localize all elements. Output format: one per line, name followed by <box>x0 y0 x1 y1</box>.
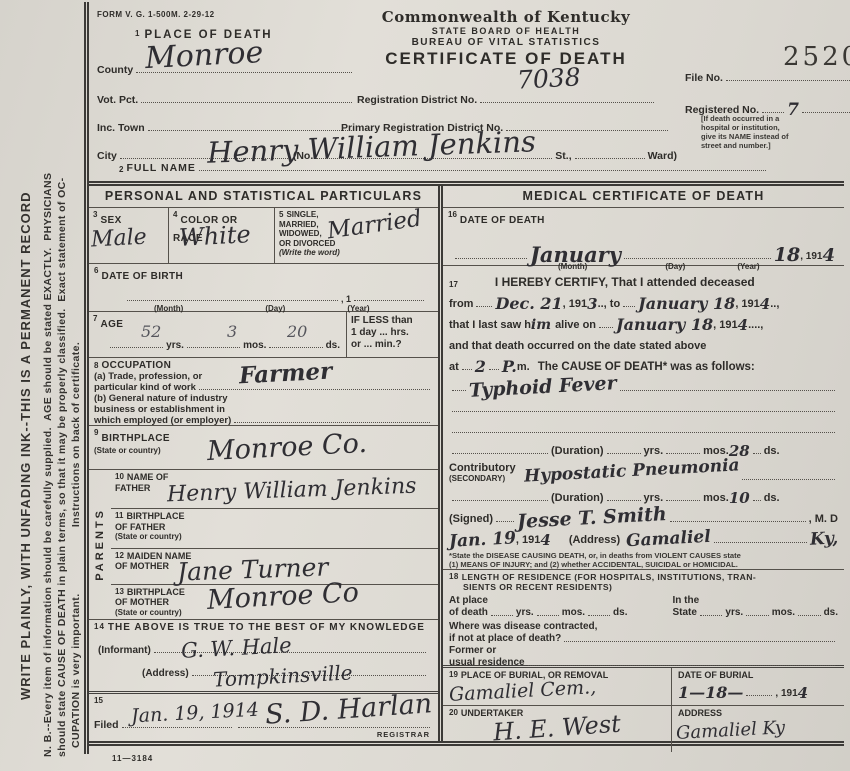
last-saw-date-handwritten: January 18 <box>616 315 713 334</box>
race-field: 4COLOR OR RACE White <box>169 208 275 263</box>
duration-secondary-line: (Duration) yrs. mos. 10 ds. <box>449 483 838 504</box>
section-number-1: 1 <box>135 29 141 38</box>
date-of-birth-field: 6DATE OF BIRTH , 1 (Month) (Day) (Year) <box>89 264 438 312</box>
file-no-field: File No. <box>685 72 850 84</box>
age-field: 7AGE yrs. mos. ds. 52 3 20 <box>89 312 346 357</box>
age-days-handwritten: 20 <box>287 322 307 341</box>
left-column-title: PERSONAL AND STATISTICAL PARTICULARS <box>89 186 438 208</box>
last-saw-alive-line: that I last saw h im alive on January 18… <box>449 310 838 331</box>
margin-line-occupation: CUPATION is very important. Instructions… <box>70 342 82 748</box>
occupation-field: 8OCCUPATION (a) Trade, profession, or pa… <box>89 358 438 426</box>
registration-district-value-handwritten: 7038 <box>516 62 581 94</box>
margin-line-nb: N. B.--Every item of information should … <box>42 173 54 757</box>
death-time-handwritten: 2 <box>475 357 486 376</box>
race-value-handwritten: White <box>178 220 251 252</box>
certificate-header: FORM V. G. 1-500M. 2-29-12 1PLACE OF DEA… <box>89 2 844 186</box>
certificate-title: CERTIFICATE OF DEATH <box>351 49 661 69</box>
hospital-note: [If death occurred in a hospital or inst… <box>701 114 850 150</box>
duration-primary-line: (Duration) yrs. mos. 28 ds. <box>449 436 838 457</box>
burial-row: 19PLACE OF BURIAL, OR REMOVAL Gamaliel C… <box>443 668 844 706</box>
death-ampm-handwritten: P. <box>502 357 517 376</box>
sex-value-handwritten: Male <box>90 225 147 253</box>
age-months-handwritten: 3 <box>227 322 237 341</box>
signature-address-handwritten: Gamaliel <box>626 527 712 551</box>
mother-birthplace-field: 13BIRTHPLACE OF MOTHER (State or country… <box>111 585 438 620</box>
death-year-handwritten: 4 <box>822 245 835 266</box>
right-column-title: MEDICAL CERTIFICATE OF DEATH <box>443 186 844 208</box>
parents-section: PARENTS 10NAME OF FATHER Henry William J… <box>89 470 438 620</box>
informant-section: 14THE ABOVE IS TRUE TO THE BEST OF MY KN… <box>89 620 438 694</box>
sex-field: 3SEX Male <box>89 208 169 263</box>
parents-vertical-label: PARENTS <box>89 470 111 619</box>
place-of-burial-field: 19PLACE OF BURIAL, OR REMOVAL Gamaliel C… <box>443 668 672 705</box>
registration-district-field: Registration District No. <box>357 94 657 106</box>
margin-line-permanent-record: WRITE PLAINLY, WITH UNFADING INK--THIS I… <box>18 192 33 701</box>
certify-statement: I HEREBY CERTIFY, That I attended deceas… <box>495 275 755 289</box>
signature-state-handwritten: Ky, <box>809 528 838 549</box>
signed-line: (Signed) Jesse T. Smith , M. D <box>449 504 838 525</box>
father-name-field: 10NAME OF FATHER Henry William Jenkins <box>111 470 438 509</box>
duration-secondary-days-handwritten: 10 <box>729 489 750 507</box>
informant-address-handwritten: Tompkinsville <box>212 660 353 691</box>
date-of-death-field: 16DATE OF DEATH January 18 , 191 4 (Mont… <box>443 208 844 266</box>
age-years-handwritten: 52 <box>141 322 161 341</box>
registrar-label: REGISTRAR <box>377 730 430 739</box>
place-of-burial-handwritten: Gamaliel Cem., <box>449 676 597 706</box>
state-board-heading: STATE BOARD OF HEALTH <box>351 26 661 36</box>
attended-from-line: from Dec. 21 , 191 3 .., to January 18 ,… <box>449 289 838 310</box>
signature-date-address-line: Jan. 19 , 191 4 (Address) Gamaliel Ky, <box>449 525 838 546</box>
if-less-than-day-note: IF LESS than 1 day ... hrs. or ... min.? <box>346 312 438 357</box>
mother-maiden-name-field: 12MAIDEN NAME OF MOTHER Jane Turner <box>111 549 438 585</box>
death-day-handwritten: 18 <box>774 244 800 266</box>
commonwealth-heading: Commonwealth of Kentucky <box>351 8 661 26</box>
sex-race-marital-row: 3SEX Male 4COLOR OR RACE White 5SINGLE, … <box>89 208 438 264</box>
cause-of-death-line: Typhoid Fever <box>449 373 838 394</box>
margin-line-cause: should state CAUSE OF DEATH in plain ter… <box>56 177 68 757</box>
county-value-handwritten: Monroe <box>144 35 264 76</box>
length-of-residence-section: 18LENGTH OF RESIDENCE (FOR HOSPITALS, IN… <box>443 570 844 668</box>
personal-particulars-column: PERSONAL AND STATISTICAL PARTICULARS 3SE… <box>89 186 443 741</box>
marital-status-field: 5SINGLE, MARRIED, WIDOWED, OR DIVORCED (… <box>275 208 438 263</box>
signature-date-handwritten: Jan. 19 <box>449 528 517 551</box>
voting-precinct-field: Vot. Pct. <box>97 94 355 106</box>
certificate-body: PERSONAL AND STATISTICAL PARTICULARS 3SE… <box>89 186 844 746</box>
certificate-form: FORM V. G. 1-500M. 2-29-12 1PLACE OF DEA… <box>84 2 844 754</box>
filed-section: 15 Filed Jan. 19, 1914 S. D. Harlan REGI… <box>89 694 438 746</box>
cause-intro-line: at 2 P. m. The CAUSE OF DEATH* was as fo… <box>449 352 838 373</box>
file-no-value: 2520 <box>783 42 850 72</box>
bureau-heading: BUREAU OF VITAL STATISTICS <box>351 37 661 48</box>
attended-from-date-handwritten: Dec. 21 <box>495 294 562 313</box>
birthplace-field: 9BIRTHPLACE (State or country) Monroe Co… <box>89 426 438 470</box>
informant-value-handwritten: G. W. Hale <box>180 633 292 663</box>
age-row: 7AGE yrs. mos. ds. 52 3 20 IF LESS than … <box>89 312 438 358</box>
violent-causes-footnote: *State the DISEASE CAUSING DEATH, or, in… <box>449 551 838 569</box>
form-print-number: 11—3184 <box>112 754 153 763</box>
certification-section: 17 I HEREBY CERTIFY, That I attended dec… <box>443 266 844 570</box>
undertaker-address-handwritten: Gamaliel Ky <box>676 717 786 744</box>
undertaker-address-field: ADDRESS Gamaliel Ky <box>672 706 844 752</box>
death-certificate-scan: WRITE PLAINLY, WITH UNFADING INK--THIS I… <box>0 0 850 771</box>
dob-preprinted: , 1 <box>341 294 351 304</box>
attended-to-date-handwritten: January 18 <box>638 294 735 313</box>
form-code: FORM V. G. 1-500M. 2-29-12 <box>97 10 215 19</box>
undertaker-field: 20UNDERTAKER H. E. West <box>443 706 672 752</box>
occupation-value-handwritten: Farmer <box>239 366 333 382</box>
undertaker-row: 20UNDERTAKER H. E. West ADDRESS Gamaliel… <box>443 706 844 752</box>
death-occurred-line: and that death occurred on the date stat… <box>449 331 838 352</box>
date-of-burial-field: DATE OF BURIAL 1—18— , 191 4 <box>672 668 844 705</box>
date-of-burial-handwritten: 1—18— <box>678 683 743 702</box>
medical-certificate-column: MEDICAL CERTIFICATE OF DEATH 16DATE OF D… <box>443 186 844 741</box>
contributory-cause-handwritten: Hypostatic Pneumonia <box>523 455 739 486</box>
father-birthplace-field: 11BIRTHPLACE OF FATHER (State or country… <box>111 509 438 548</box>
contributory-line: Contributory (SECONDARY) Hypostatic Pneu… <box>449 457 838 483</box>
